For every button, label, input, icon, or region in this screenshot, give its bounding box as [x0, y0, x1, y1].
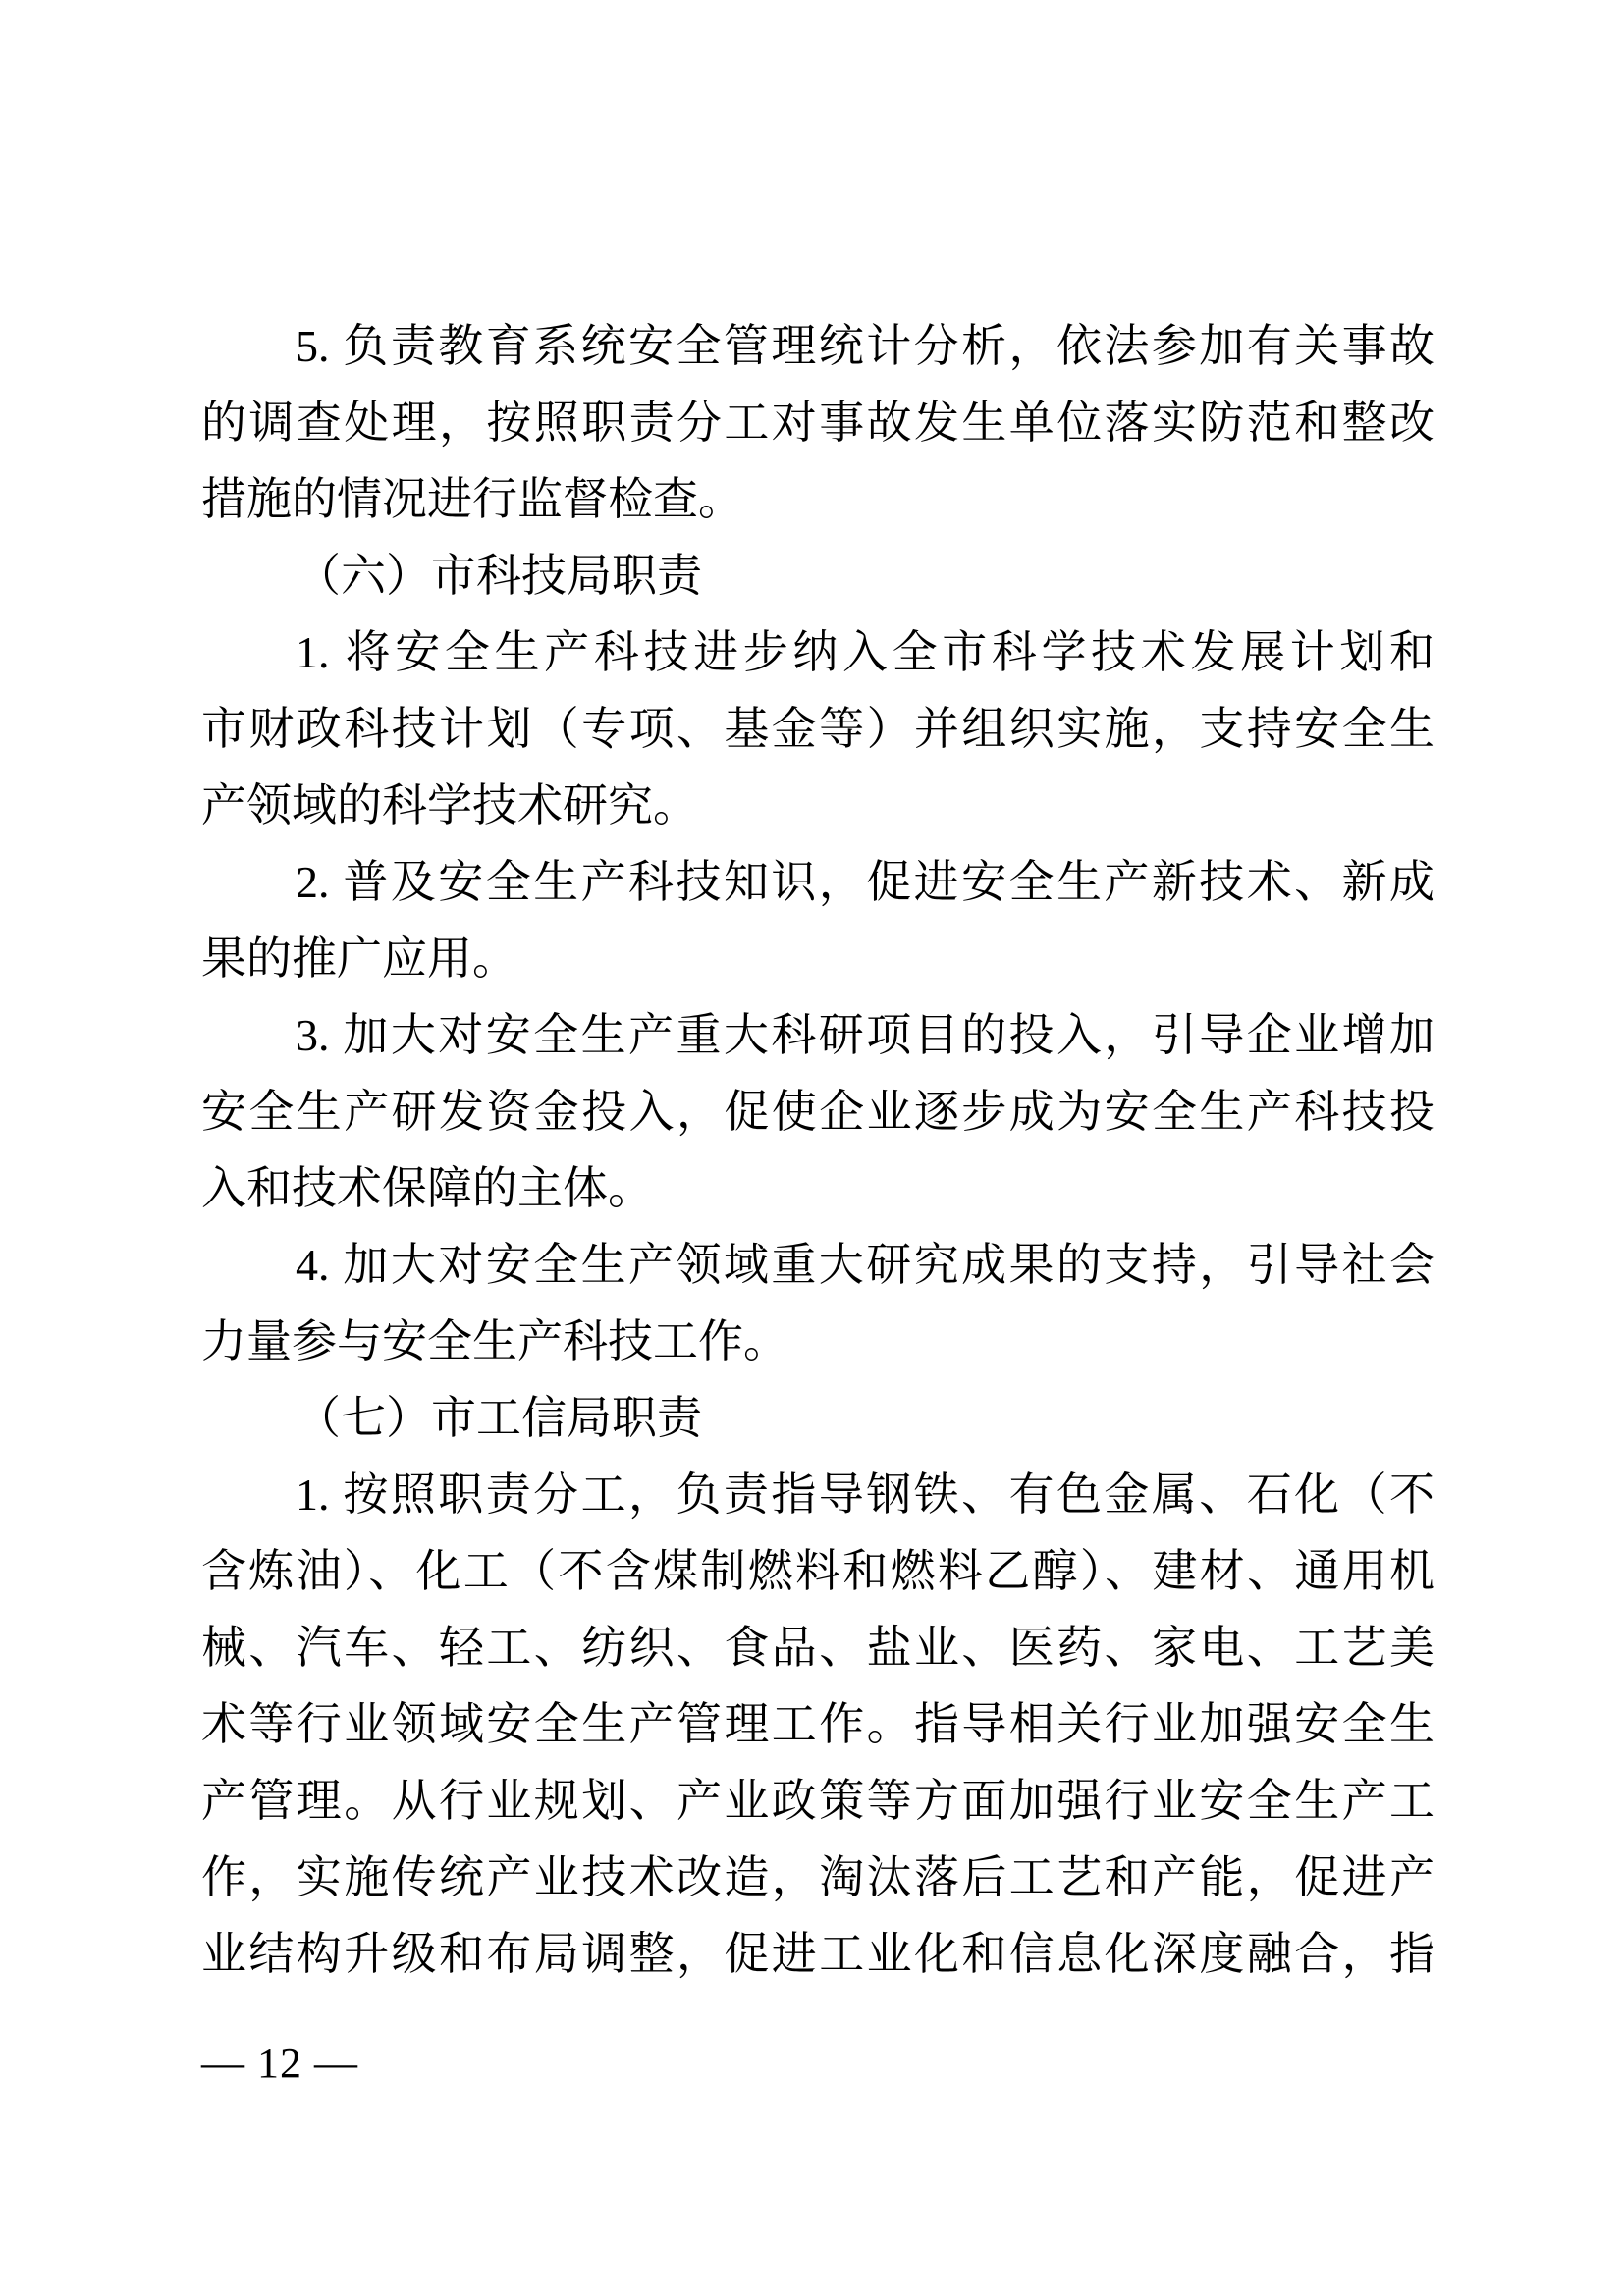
text-line: 4. 加大对安全生产领域重大研究成果的支持，引导社会: [201, 1227, 1435, 1304]
text-line: 械、汽车、轻工、纺织、食品、盐业、医药、家电、工艺美: [201, 1610, 1435, 1686]
text-line: 3. 加大对安全生产重大科研项目的投入，引导企业增加: [201, 997, 1435, 1074]
text-line: 1. 将安全生产科技进步纳入全市科学技术发展计划和: [201, 614, 1435, 691]
document-page: 5. 负责教育系统安全管理统计分析，依法参加有关事故的调查处理，按照职责分工对事…: [0, 0, 1624, 2296]
text-line: 术等行业领域安全生产管理工作。指导相关行业加强安全生: [201, 1686, 1435, 1763]
page-footer: — 12 —: [201, 2038, 358, 2089]
page-number: — 12 —: [201, 2039, 358, 2087]
text-line: 业结构升级和布局调整，促进工业化和信息化深度融合，指: [201, 1916, 1435, 1993]
text-line: 果的推广应用。: [201, 921, 1435, 997]
text-line: 5. 负责教育系统安全管理统计分析，依法参加有关事故: [201, 308, 1435, 385]
text-line: 产管理。从行业规划、产业政策等方面加强行业安全生产工: [201, 1763, 1435, 1840]
section-heading: （七）市工信局职责: [201, 1380, 1435, 1457]
paragraph: 2. 普及安全生产科技知识，促进安全生产新技术、新成果的推广应用。: [201, 844, 1435, 997]
text-line: 作，实施传统产业技术改造，淘汰落后工艺和产能，促进产: [201, 1840, 1435, 1916]
paragraph: 1. 按照职责分工，负责指导钢铁、有色金属、石化（不含炼油）、化工（不含煤制燃料…: [201, 1457, 1435, 1993]
text-line: 的调查处理，按照职责分工对事故发生单位落实防范和整改: [201, 385, 1435, 461]
text-line: 2. 普及安全生产科技知识，促进安全生产新技术、新成: [201, 844, 1435, 921]
text-line: （七）市工信局职责: [201, 1380, 1435, 1457]
text-line: 1. 按照职责分工，负责指导钢铁、有色金属、石化（不: [201, 1457, 1435, 1533]
paragraph: 4. 加大对安全生产领域重大研究成果的支持，引导社会力量参与安全生产科技工作。: [201, 1227, 1435, 1380]
paragraph: 1. 将安全生产科技进步纳入全市科学技术发展计划和市财政科技计划（专项、基金等）…: [201, 614, 1435, 844]
section-heading: （六）市科技局职责: [201, 538, 1435, 614]
text-line: 含炼油）、化工（不含煤制燃料和燃料乙醇）、建材、通用机: [201, 1533, 1435, 1610]
text-line: 市财政科技计划（专项、基金等）并组织实施，支持安全生: [201, 691, 1435, 768]
text-line: 安全生产研发资金投入，促使企业逐步成为安全生产科技投: [201, 1074, 1435, 1150]
document-body: 5. 负责教育系统安全管理统计分析，依法参加有关事故的调查处理，按照职责分工对事…: [201, 308, 1435, 1993]
text-line: 入和技术保障的主体。: [201, 1150, 1435, 1227]
text-line: 产领域的科学技术研究。: [201, 768, 1435, 844]
paragraph: 3. 加大对安全生产重大科研项目的投入，引导企业增加安全生产研发资金投入，促使企…: [201, 997, 1435, 1227]
text-line: 力量参与安全生产科技工作。: [201, 1304, 1435, 1380]
paragraph: 5. 负责教育系统安全管理统计分析，依法参加有关事故的调查处理，按照职责分工对事…: [201, 308, 1435, 538]
text-line: 措施的情况进行监督检查。: [201, 461, 1435, 538]
text-line: （六）市科技局职责: [201, 538, 1435, 614]
